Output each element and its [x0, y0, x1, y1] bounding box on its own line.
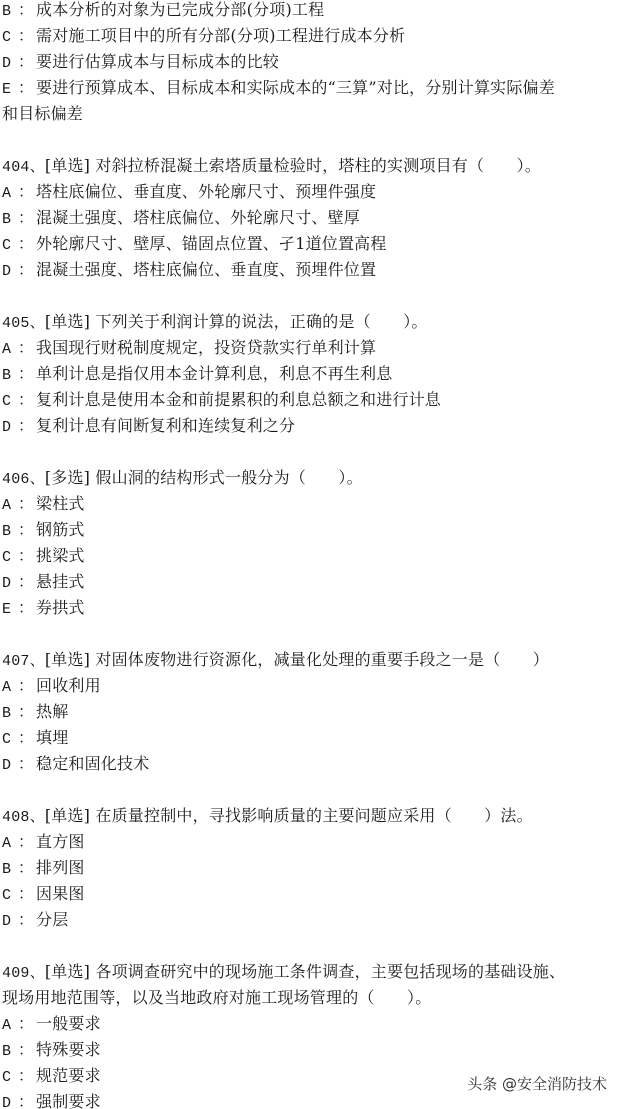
option-colon: ：	[16, 258, 36, 284]
option-text: 我国现行财税制度规定，投资贷款实行单利计算	[36, 338, 376, 357]
option-text: 成本分析的对象为已完成分部(分项)工程	[36, 0, 324, 19]
question-type: [单选]	[45, 156, 90, 175]
option-letter: B	[2, 857, 16, 883]
option-letter: D	[2, 51, 16, 77]
option-colon: ：	[16, 674, 36, 700]
option-letter: A	[2, 1013, 16, 1039]
question-text: 各项调查研究中的现场施工条件调查，主要包括现场的基础设施、	[95, 962, 565, 981]
option-text: 混凝土强度、塔柱底偏位、垂直度、预埋件位置	[36, 260, 376, 279]
question-type: [多选]	[45, 468, 90, 487]
question-number: 406、	[2, 471, 45, 488]
question-number: 404、	[2, 159, 45, 176]
option-letter: B	[2, 701, 16, 727]
option-colon: ：	[16, 882, 36, 908]
option-letter: D	[2, 415, 16, 441]
spacer	[2, 933, 617, 959]
option-line: C：因果图	[2, 881, 617, 907]
option-text: 特殊要求	[36, 1040, 101, 1059]
option-line: D：分层	[2, 907, 617, 933]
question-text: 下列关于利润计算的说法，正确的是（ ）。	[95, 312, 427, 331]
question-type: [单选]	[45, 312, 90, 331]
option-text: 稳定和固化技术	[36, 754, 149, 773]
option-colon: ：	[16, 0, 36, 24]
option-line: B：成本分析的对象为已完成分部(分项)工程	[2, 0, 617, 23]
spacer	[2, 127, 617, 153]
question-number: 407、	[2, 653, 45, 670]
spacer	[2, 439, 617, 465]
option-continuation: 和目标偏差	[2, 101, 617, 127]
option-colon: ：	[16, 206, 36, 232]
option-line: E：券拱式	[2, 595, 617, 621]
option-colon: ：	[16, 518, 36, 544]
option-text: 因果图	[36, 884, 85, 903]
question-text: 对固体废物进行资源化，减量化处理的重要手段之一是（ ）	[95, 650, 549, 669]
option-line: A：一般要求	[2, 1011, 617, 1037]
option-text: 复利计息有间断复利和连续复利之分	[36, 416, 295, 435]
option-colon: ：	[16, 1012, 36, 1038]
question-type: [单选]	[45, 962, 90, 981]
option-text: 单利计息是指仅用本金计算利息，利息不再生利息	[36, 364, 392, 383]
option-text: 梁柱式	[36, 494, 85, 513]
question-stem: 406、[多选] 假山洞的结构形式一般分为（ ）。	[2, 465, 617, 491]
option-colon: ：	[16, 830, 36, 856]
option-letter: C	[2, 389, 16, 415]
option-colon: ：	[16, 362, 36, 388]
option-letter: B	[2, 1039, 16, 1065]
option-line: B：排列图	[2, 855, 617, 881]
option-letter: C	[2, 545, 16, 571]
option-line: A：塔柱底偏位、垂直度、外轮廓尺寸、预埋件强度	[2, 179, 617, 205]
option-colon: ：	[16, 726, 36, 752]
option-text: 填埋	[36, 728, 68, 747]
question-stem: 404、[单选] 对斜拉桥混凝土索塔质量检验时，塔柱的实测项目有（ ）。	[2, 153, 617, 179]
option-letter: C	[2, 727, 16, 753]
option-colon: ：	[16, 492, 36, 518]
option-text: 分层	[36, 910, 68, 929]
option-colon: ：	[16, 856, 36, 882]
option-letter: A	[2, 493, 16, 519]
spacer	[2, 777, 617, 803]
option-line: C：复利计息是使用本金和前提累积的利息总额之和进行计息	[2, 387, 617, 413]
option-letter: A	[2, 337, 16, 363]
question-number: 405、	[2, 315, 45, 332]
option-line: C：需对施工项目中的所有分部(分项)工程进行成本分析	[2, 23, 617, 49]
question-stem: 408、[单选] 在质量控制中，寻找影响质量的主要问题应采用（ ）法。	[2, 803, 617, 829]
option-line: B：特殊要求	[2, 1037, 617, 1063]
question-type: [单选]	[45, 806, 90, 825]
question-number: 409、	[2, 965, 45, 982]
option-colon: ：	[16, 570, 36, 596]
option-letter: A	[2, 675, 16, 701]
option-line: A：梁柱式	[2, 491, 617, 517]
option-text: 塔柱底偏位、垂直度、外轮廓尺寸、预埋件强度	[36, 182, 376, 201]
option-colon: ：	[16, 544, 36, 570]
option-text: 挑梁式	[36, 546, 85, 565]
option-letter: D	[2, 571, 16, 597]
question-text: 在质量控制中，寻找影响质量的主要问题应采用（ ）法。	[95, 806, 532, 825]
option-text: 排列图	[36, 858, 85, 877]
option-colon: ：	[16, 24, 36, 50]
option-line: E：要进行预算成本、目标成本和实际成本的“三算”对比，分别计算实际偏差	[2, 75, 617, 101]
option-text: 回收利用	[36, 676, 101, 695]
watermark: 头条 @安全消防技术	[467, 1073, 607, 1094]
option-letter: D	[2, 909, 16, 935]
option-text: 一般要求	[36, 1014, 101, 1033]
option-colon: ：	[16, 1064, 36, 1090]
option-text: 悬挂式	[36, 572, 85, 591]
option-letter: D	[2, 259, 16, 285]
option-text: 要进行估算成本与目标成本的比较	[36, 52, 279, 71]
option-colon: ：	[16, 752, 36, 778]
option-line: C：挑梁式	[2, 543, 617, 569]
option-colon: ：	[16, 336, 36, 362]
option-text: 外轮廓尺寸、壁厚、锚固点位置、孑1道位置高程	[36, 234, 387, 253]
option-text: 复利计息是使用本金和前提累积的利息总额之和进行计息	[36, 390, 441, 409]
option-colon: ：	[16, 596, 36, 622]
option-line: C：填埋	[2, 725, 617, 751]
option-line: D：混凝土强度、塔柱底偏位、垂直度、预埋件位置	[2, 257, 617, 283]
option-text: 直方图	[36, 832, 85, 851]
option-letter: E	[2, 77, 16, 103]
option-text: 券拱式	[36, 598, 85, 617]
option-text: 要进行预算成本、目标成本和实际成本的“三算”对比，分别计算实际偏差	[36, 78, 555, 97]
option-text: 混凝土强度、塔柱底偏位、外轮廓尺寸、壁厚	[36, 208, 360, 227]
option-letter: D	[2, 753, 16, 779]
option-line: B：单利计息是指仅用本金计算利息，利息不再生利息	[2, 361, 617, 387]
option-letter: D	[2, 1091, 16, 1109]
question-stem: 409、[单选] 各项调查研究中的现场施工条件调查，主要包括现场的基础设施、	[2, 959, 617, 985]
option-letter: C	[2, 233, 16, 259]
option-letter: C	[2, 1065, 16, 1091]
option-colon: ：	[16, 76, 36, 102]
option-letter: B	[2, 363, 16, 389]
option-line: A：我国现行财税制度规定，投资贷款实行单利计算	[2, 335, 617, 361]
spacer	[2, 621, 617, 647]
option-letter: C	[2, 883, 16, 909]
option-line: A：回收利用	[2, 673, 617, 699]
option-colon: ：	[16, 414, 36, 440]
question-text: 对斜拉桥混凝土索塔质量检验时，塔柱的实测项目有（ ）。	[95, 156, 541, 175]
option-colon: ：	[16, 50, 36, 76]
option-colon: ：	[16, 1090, 36, 1109]
option-colon: ：	[16, 1038, 36, 1064]
option-letter: C	[2, 25, 16, 51]
option-line: B：热解	[2, 699, 617, 725]
option-text: 热解	[36, 702, 68, 721]
document-body: B：成本分析的对象为已完成分部(分项)工程 C：需对施工项目中的所有分部(分项)…	[2, 0, 617, 1109]
option-text: 钢筋式	[36, 520, 85, 539]
question-number: 408、	[2, 809, 45, 826]
option-line: A：直方图	[2, 829, 617, 855]
option-text: 规范要求	[36, 1066, 101, 1085]
option-letter: B	[2, 519, 16, 545]
spacer	[2, 283, 617, 309]
question-stem-continuation: 现场用地范围等，以及当地政府对施工现场管理的（ ）。	[2, 985, 617, 1011]
option-letter: A	[2, 831, 16, 857]
question-stem: 405、[单选] 下列关于利润计算的说法，正确的是（ ）。	[2, 309, 617, 335]
option-line: B：钢筋式	[2, 517, 617, 543]
option-line: D：悬挂式	[2, 569, 617, 595]
option-line: D：复利计息有间断复利和连续复利之分	[2, 413, 617, 439]
option-colon: ：	[16, 700, 36, 726]
option-line: D：要进行估算成本与目标成本的比较	[2, 49, 617, 75]
option-letter: A	[2, 181, 16, 207]
question-type: [单选]	[45, 650, 90, 669]
option-letter: B	[2, 207, 16, 233]
option-colon: ：	[16, 180, 36, 206]
option-letter: B	[2, 0, 16, 25]
option-text: 需对施工项目中的所有分部(分项)工程进行成本分析	[36, 26, 405, 45]
option-colon: ：	[16, 388, 36, 414]
option-line: D：稳定和固化技术	[2, 751, 617, 777]
option-letter: E	[2, 597, 16, 623]
question-text: 假山洞的结构形式一般分为（ ）。	[95, 468, 362, 487]
question-stem: 407、[单选] 对固体废物进行资源化，减量化处理的重要手段之一是（ ）	[2, 647, 617, 673]
option-colon: ：	[16, 908, 36, 934]
option-colon: ：	[16, 232, 36, 258]
option-line: B：混凝土强度、塔柱底偏位、外轮廓尺寸、壁厚	[2, 205, 617, 231]
option-text: 强制要求	[36, 1092, 101, 1109]
option-line: C：外轮廓尺寸、壁厚、锚固点位置、孑1道位置高程	[2, 231, 617, 257]
